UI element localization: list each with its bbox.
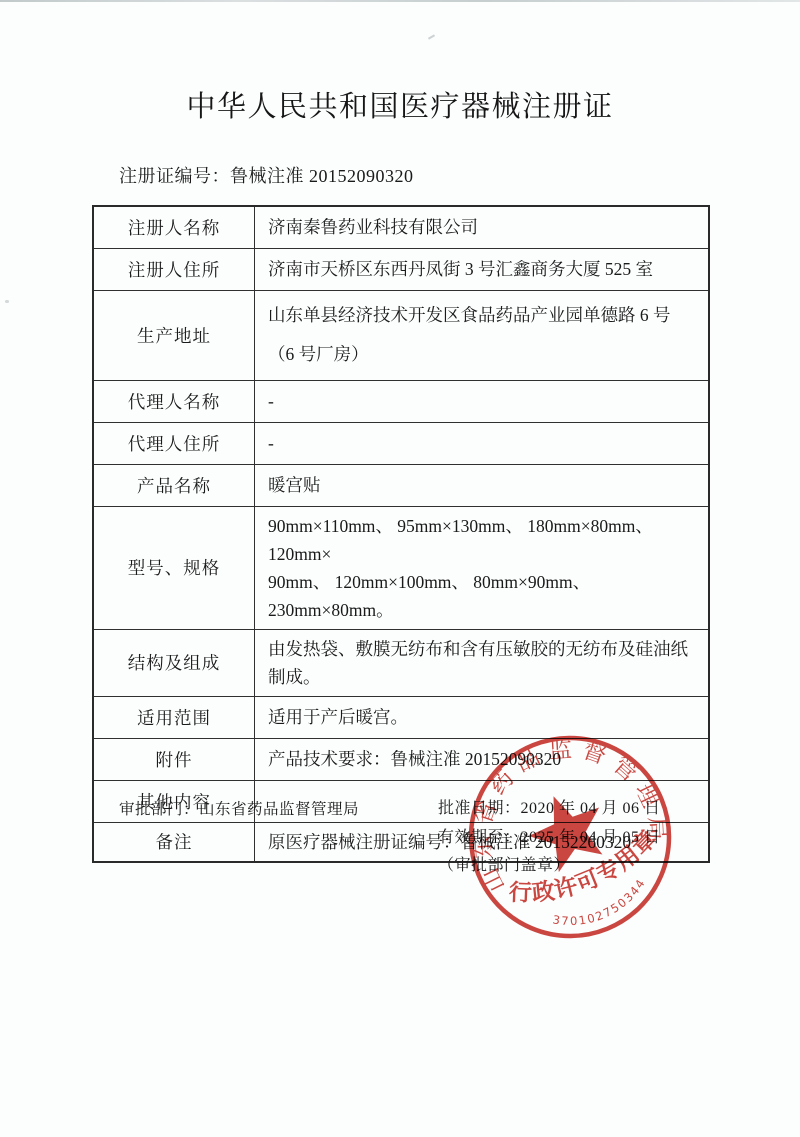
table-row-structure: 结构及组成 由发热袋、敷膜无纺布和含有压敏胶的无纺布及硅油纸 制成。 bbox=[94, 629, 708, 696]
valid-until-date: 有效期至：2025 年 04 月 05 日 bbox=[438, 824, 661, 853]
reg-no-label: 注册证编号： bbox=[119, 166, 230, 186]
row-label: 产品名称 bbox=[94, 465, 255, 506]
row-label: 生产地址 bbox=[94, 291, 255, 380]
table-row-scope: 适用范围 适用于产后暖宫。 bbox=[94, 696, 708, 738]
table-row-registrant-name: 注册人名称 济南秦鲁药业科技有限公司 bbox=[94, 207, 708, 248]
table-row-attachment: 附件 产品技术要求：鲁械注准 20152090320 bbox=[94, 738, 708, 780]
row-label: 注册人住所 bbox=[94, 249, 255, 290]
row-value: 90mm×110mm、 95mm×130mm、 180mm×80mm、 120m… bbox=[255, 507, 708, 629]
table-row-model-spec: 型号、规格 90mm×110mm、 95mm×130mm、 180mm×80mm… bbox=[94, 506, 708, 629]
row-label: 代理人住所 bbox=[94, 423, 255, 464]
row-value: 适用于产后暖宫。 bbox=[255, 697, 708, 738]
certificate-page: 中华人民共和国医疗器械注册证 注册证编号：鲁械注准 20152090320 注册… bbox=[0, 0, 800, 1137]
reg-no-value: 鲁械注准 20152090320 bbox=[230, 166, 414, 186]
row-value: 由发热袋、敷膜无纺布和含有压敏胶的无纺布及硅油纸 制成。 bbox=[255, 630, 708, 696]
row-label: 代理人名称 bbox=[94, 381, 255, 422]
approval-department: 审批部门：山东省药品监督管理局 bbox=[119, 797, 359, 819]
registration-number-line: 注册证编号：鲁械注准 20152090320 bbox=[119, 162, 414, 188]
row-label: 结构及组成 bbox=[94, 630, 255, 696]
approval-date: 批准日期：2020 年 04 月 06 日 bbox=[438, 795, 661, 824]
scan-artifact-speck bbox=[5, 300, 9, 303]
table-row-agent-name: 代理人名称 - bbox=[94, 380, 708, 422]
seal-note: （审批部门盖章） bbox=[438, 852, 661, 881]
row-label: 附件 bbox=[94, 739, 255, 780]
row-label: 适用范围 bbox=[94, 697, 255, 738]
certificate-table: 注册人名称 济南秦鲁药业科技有限公司 注册人住所 济南市天桥区东西丹凤街 3 号… bbox=[92, 205, 710, 863]
table-row-agent-address: 代理人住所 - bbox=[94, 422, 708, 464]
row-value: 暖宫贴 bbox=[255, 465, 708, 506]
row-label: 注册人名称 bbox=[94, 207, 255, 248]
row-value: 济南秦鲁药业科技有限公司 bbox=[255, 207, 708, 248]
row-value: - bbox=[255, 423, 708, 464]
scan-artifact-speck bbox=[428, 34, 435, 39]
row-label: 型号、规格 bbox=[94, 507, 255, 629]
row-value: - bbox=[255, 381, 708, 422]
row-label: 备注 bbox=[94, 823, 255, 861]
table-row-production-address: 生产地址 山东单县经济技术开发区食品药品产业园单德路 6 号 （6 号厂房） bbox=[94, 290, 708, 380]
row-value: 产品技术要求：鲁械注准 20152090320 bbox=[255, 739, 708, 780]
scan-artifact-top-edge bbox=[0, 0, 800, 2]
table-row-registrant-address: 注册人住所 济南市天桥区东西丹凤街 3 号汇鑫商务大厦 525 室 bbox=[94, 248, 708, 290]
row-value: 济南市天桥区东西丹凤街 3 号汇鑫商务大厦 525 室 bbox=[255, 249, 708, 290]
row-value: 山东单县经济技术开发区食品药品产业园单德路 6 号 （6 号厂房） bbox=[255, 291, 708, 380]
approval-dates-block: 批准日期：2020 年 04 月 06 日 有效期至：2025 年 04 月 0… bbox=[438, 795, 661, 881]
certificate-title: 中华人民共和国医疗器械注册证 bbox=[0, 84, 800, 125]
table-row-product-name: 产品名称 暖宫贴 bbox=[94, 464, 708, 506]
